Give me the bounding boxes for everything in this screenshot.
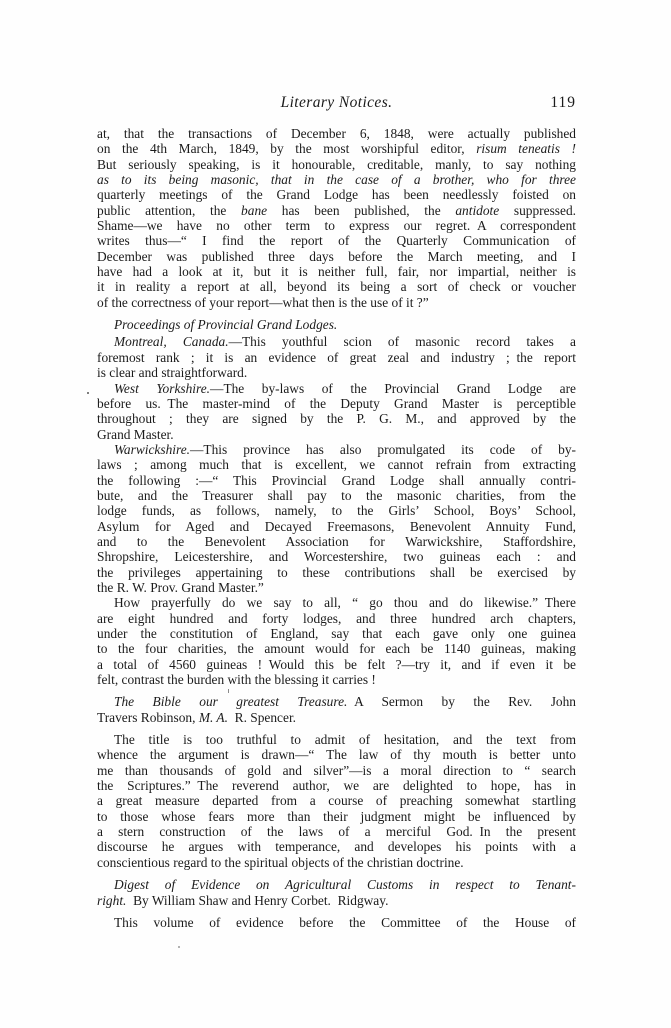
paragraph-montreal: Montreal, Canada.—This youthful scion of… (97, 334, 576, 380)
text-line: it in reality a report at all, beyond it… (97, 279, 576, 294)
text-line: quarterly meetings of the Grand Lodge ha… (97, 187, 576, 202)
text-line: Travers Robinson, M. A. R. Spencer. (97, 710, 576, 725)
text-line: under the constitution of England, say t… (97, 626, 576, 641)
text-line: Asylum for Aged and Decayed Freemasons, … (97, 519, 576, 534)
text-line: and to the Benevolent Association for Wa… (97, 534, 576, 549)
text-line: is clear and straightforward. (97, 365, 576, 380)
text-line: a great measure departed from a course o… (97, 793, 576, 808)
running-title: Literary Notices. (97, 94, 576, 112)
text-line: West Yorkshire.—The by-laws of the Provi… (97, 381, 576, 396)
text-line: before us. The master-mind of the Deputy… (97, 396, 576, 411)
text-line: the R. W. Prov. Grand Master.” (97, 580, 576, 595)
book-title-bible-treasure: The Bible our greatest Treasure. A Sermo… (97, 694, 576, 725)
paragraph-continuation: at, that the transactions of December 6,… (97, 126, 576, 310)
text-line: the privileges appertaining to these con… (97, 565, 576, 580)
document-body: at, that the transactions of December 6,… (97, 126, 576, 930)
text-line: to the four charities, the amount would … (97, 641, 576, 656)
text-line: at, that the transactions of December 6,… (97, 126, 576, 141)
text-line: felt, contrast the burden with the bless… (97, 672, 576, 687)
text-line: have had a look at it, but it is neither… (97, 264, 576, 279)
ink-speck (178, 946, 180, 948)
text-line: of the correctness of your report—what t… (97, 295, 576, 310)
text-line: discourse he argues with temperance, and… (97, 839, 576, 854)
text-line: Warwickshire.—This province has also pro… (97, 442, 576, 457)
page-header: Literary Notices. 119 (97, 94, 576, 112)
text-line: Shropshire, Leicestershire, and Worceste… (97, 549, 576, 564)
text-line: Grand Master. (97, 427, 576, 442)
text-line: as to its being masonic, that in the cas… (97, 172, 576, 187)
paragraph-digest-review: This volume of evidence before the Commi… (97, 915, 576, 930)
paragraph-west-yorkshire: West Yorkshire.—The by-laws of the Provi… (97, 381, 576, 442)
text-line: whence the argument is drawn—“ The law o… (97, 747, 576, 762)
text-line: The Bible our greatest Treasure. A Sermo… (97, 694, 576, 709)
text-line: lodge funds, as follows, namely, to the … (97, 503, 576, 518)
text-line: Digest of Evidence on Agricultural Custo… (97, 877, 576, 892)
text-line: laws ; among much that is excellent, we … (97, 457, 576, 472)
text-line: But seriously speaking, is it honourable… (97, 157, 576, 172)
paragraph-how-prayerfully: How prayerfully do we say to all, “ go t… (97, 595, 576, 687)
text-line: conscientious regard to the spiritual ob… (97, 855, 576, 870)
text-line: right. By William Shaw and Henry Corbet.… (97, 893, 576, 908)
text-line: Montreal, Canada.—This youthful scion of… (97, 334, 576, 349)
text-line: public attention, the bane has been publ… (97, 203, 576, 218)
text-line: a total of 4560 guineas ! Would this be … (97, 657, 576, 672)
text-line: foremost rank ; it is an evidence of gre… (97, 350, 576, 365)
text-line: are eight hundred and forty lodges, and … (97, 611, 576, 626)
text-line: Proceedings of Provincial Grand Lodges. (97, 317, 576, 332)
ink-speck (228, 689, 229, 693)
text-line: December was published three days before… (97, 249, 576, 264)
text-line: bute, and the Treasurer shall pay to the… (97, 488, 576, 503)
book-title-digest-evidence: Digest of Evidence on Agricultural Custo… (97, 877, 576, 908)
ink-speck (87, 392, 89, 394)
text-line: to those whose fears more than their jud… (97, 809, 576, 824)
scanned-document-page: Literary Notices. 119 at, that the trans… (0, 0, 671, 1028)
text-line: This volume of evidence before the Commi… (97, 915, 576, 930)
text-line: on the 4th March, 1849, by the most wors… (97, 141, 576, 156)
text-line: Shame—we have no other term to express o… (97, 218, 576, 233)
text-block: Literary Notices. 119 at, that the trans… (97, 94, 576, 930)
text-line: the Scriptures.” The reverend author, we… (97, 778, 576, 793)
page-number: 119 (550, 94, 576, 112)
text-line: throughout ; they are signed by the P. G… (97, 411, 576, 426)
text-line: writes thus—“ I find the report of the Q… (97, 233, 576, 248)
text-line: How prayerfully do we say to all, “ go t… (97, 595, 576, 610)
paragraph-bible-review: The title is too truthful to admit of he… (97, 732, 576, 870)
section-heading-provincial-grand-lodges: Proceedings of Provincial Grand Lodges. (97, 317, 576, 332)
paragraph-warwickshire: Warwickshire.—This province has also pro… (97, 442, 576, 595)
text-line: The title is too truthful to admit of he… (97, 732, 576, 747)
text-line: the following :—“ This Provincial Grand … (97, 473, 576, 488)
text-line: a stern construction of the laws of a me… (97, 824, 576, 839)
text-line: me than thousands of gold and silver”—is… (97, 763, 576, 778)
